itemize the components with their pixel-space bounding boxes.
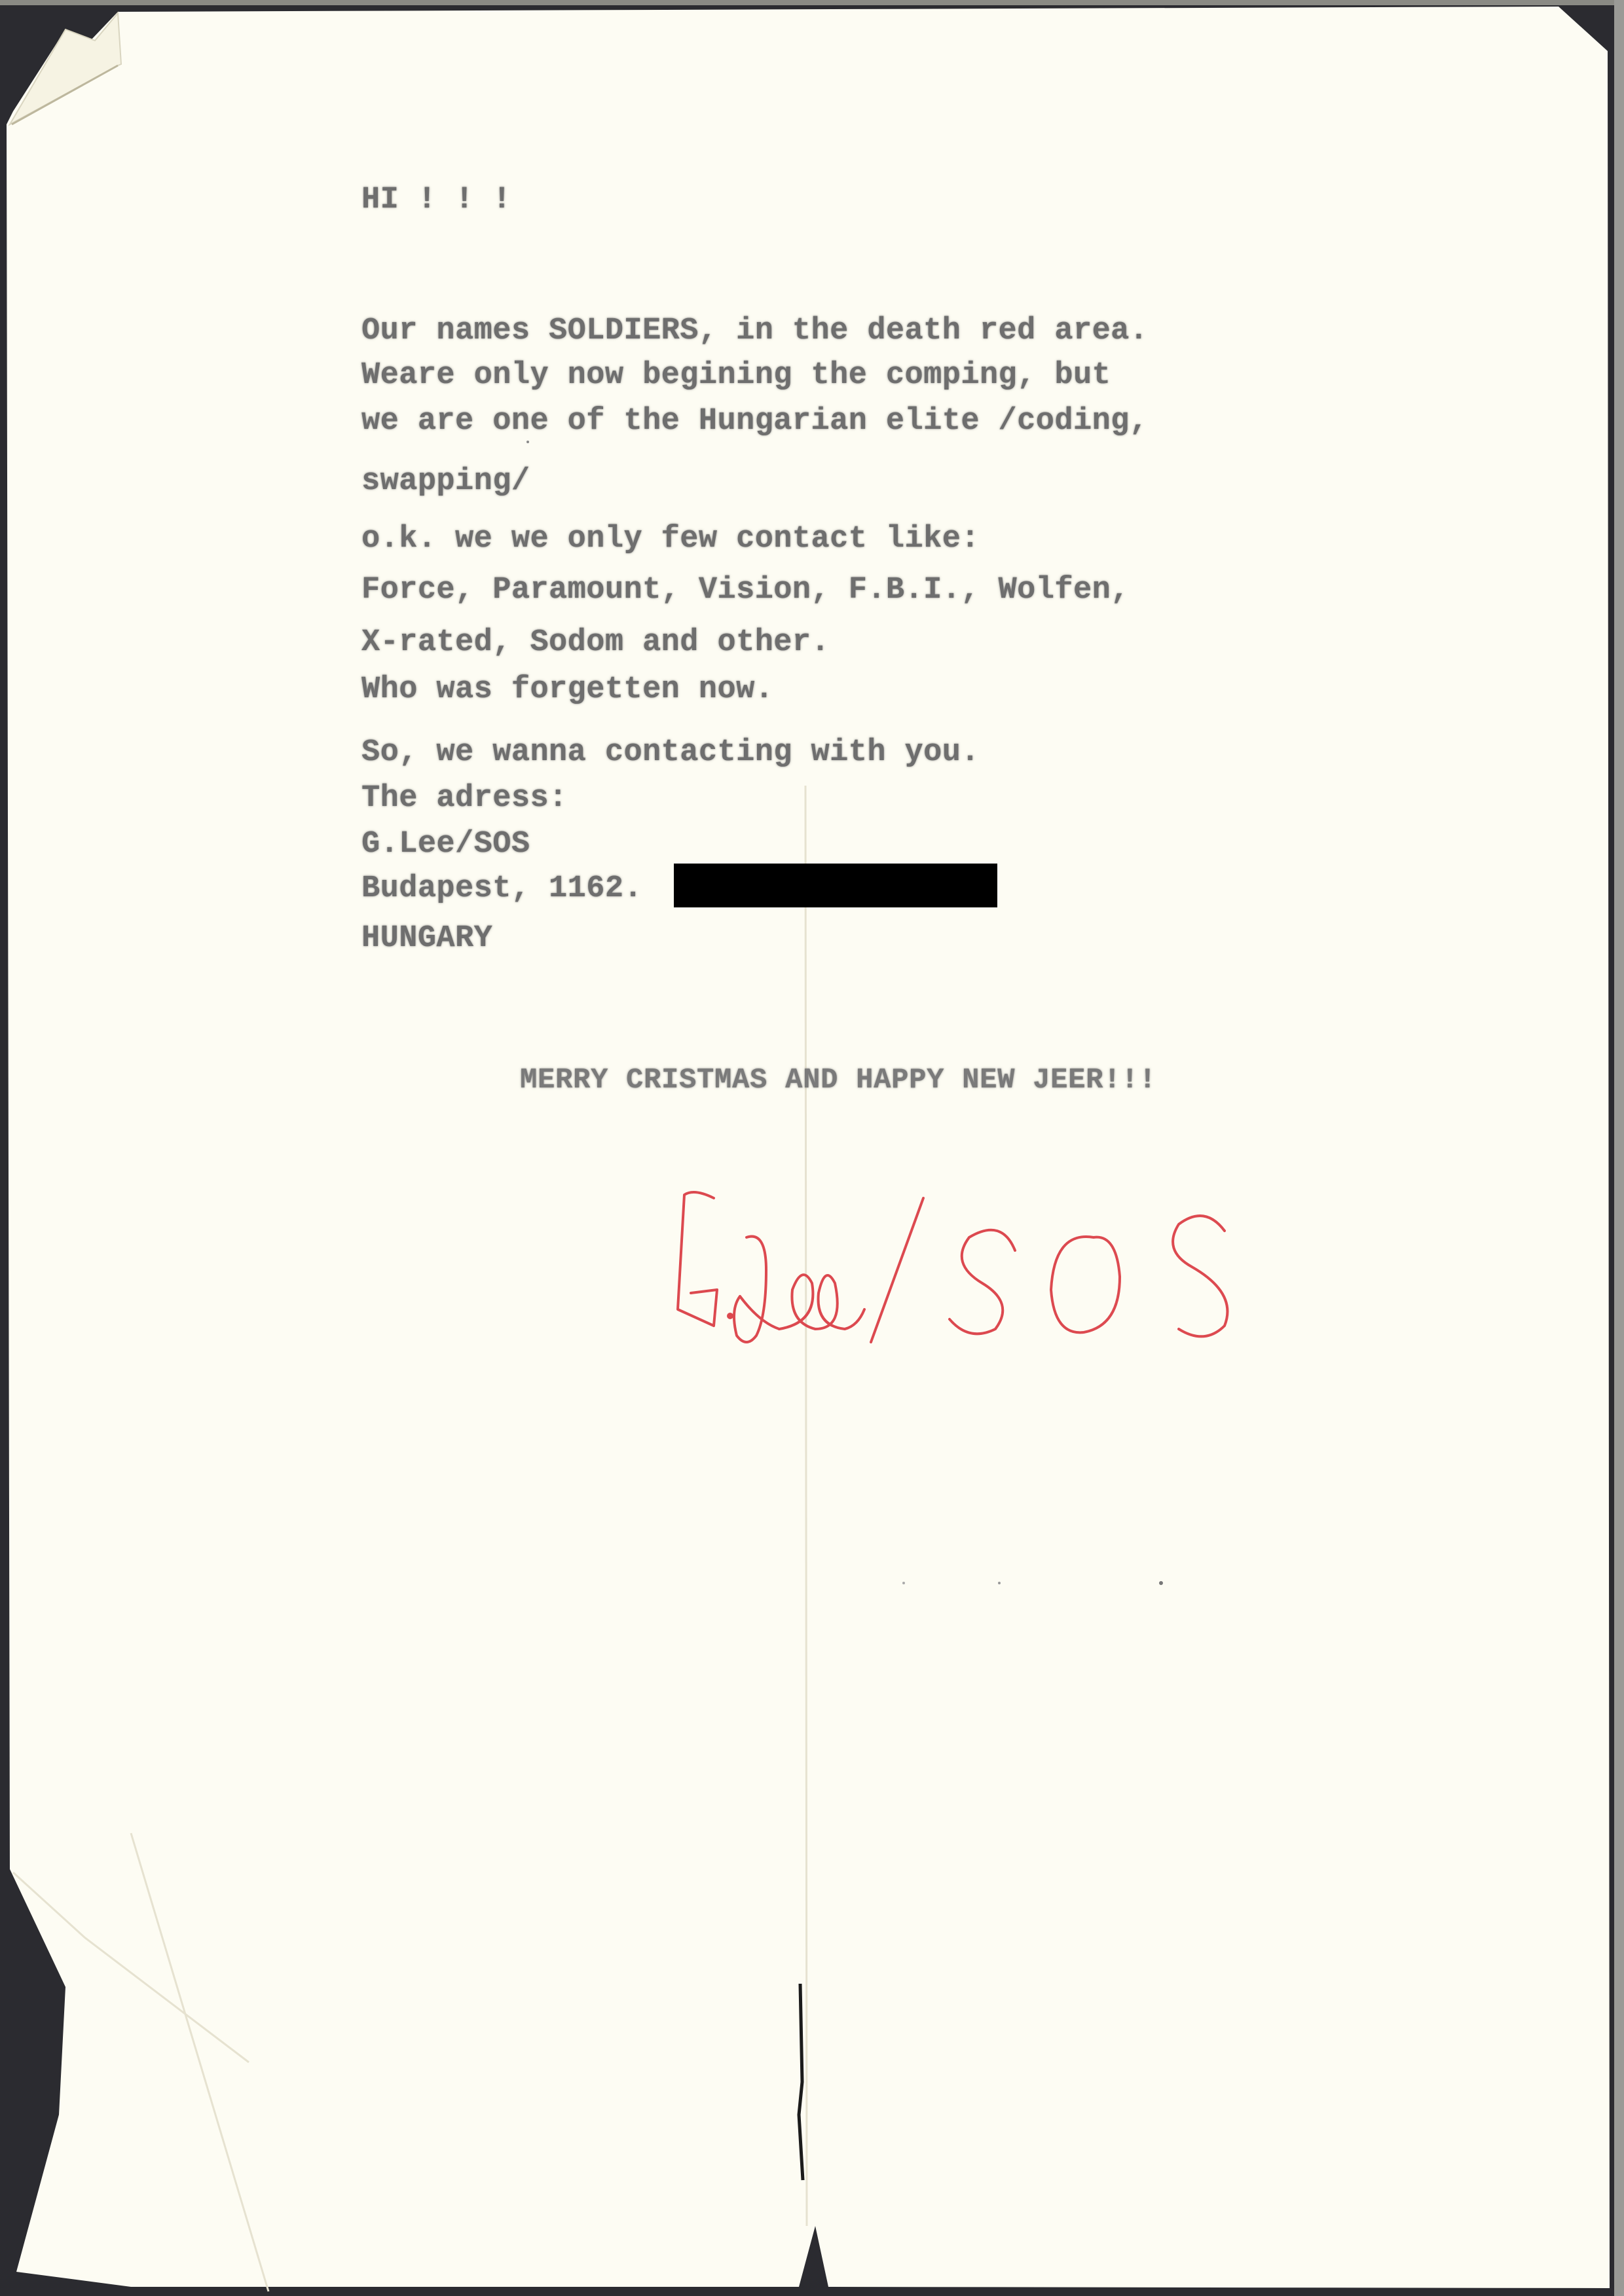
body-line: X-rated, Sodom and other. [361,627,830,658]
body-line: So, we wanna contacting with you. [361,737,980,768]
address-city: Budapest, 1162. [361,873,642,904]
redaction-box [674,864,997,907]
address-name: G.Lee/SOS [361,829,530,860]
closing-greeting: MERRY CRISTMAS AND HAPPY NEW JEER!!! [520,1066,1156,1095]
scan-frame: HI ! ! ! Our names SOLDIERS, in the deat… [0,0,1624,2296]
greeting: HI ! ! ! [361,185,511,215]
address-label: The adress: [361,783,568,814]
body-line: swapping/ [361,466,530,497]
body-line: o.k. we we only few contact like: [361,524,980,555]
body-line: Our names SOLDIERS, in the death red are… [361,316,1148,346]
body-line: Force, Paramount, Vision, F.B.I., Wolfen… [361,575,1130,606]
paper-body [7,7,1610,2288]
body-line: Who was forgetten now. [361,674,773,705]
address-country: HUNGARY [361,923,492,954]
body-line: we are one of the Hungarian elite /codin… [361,406,1148,437]
handwritten-signature [674,1178,1264,1355]
body-line: Weare only now begining the comping, but [361,360,1111,391]
